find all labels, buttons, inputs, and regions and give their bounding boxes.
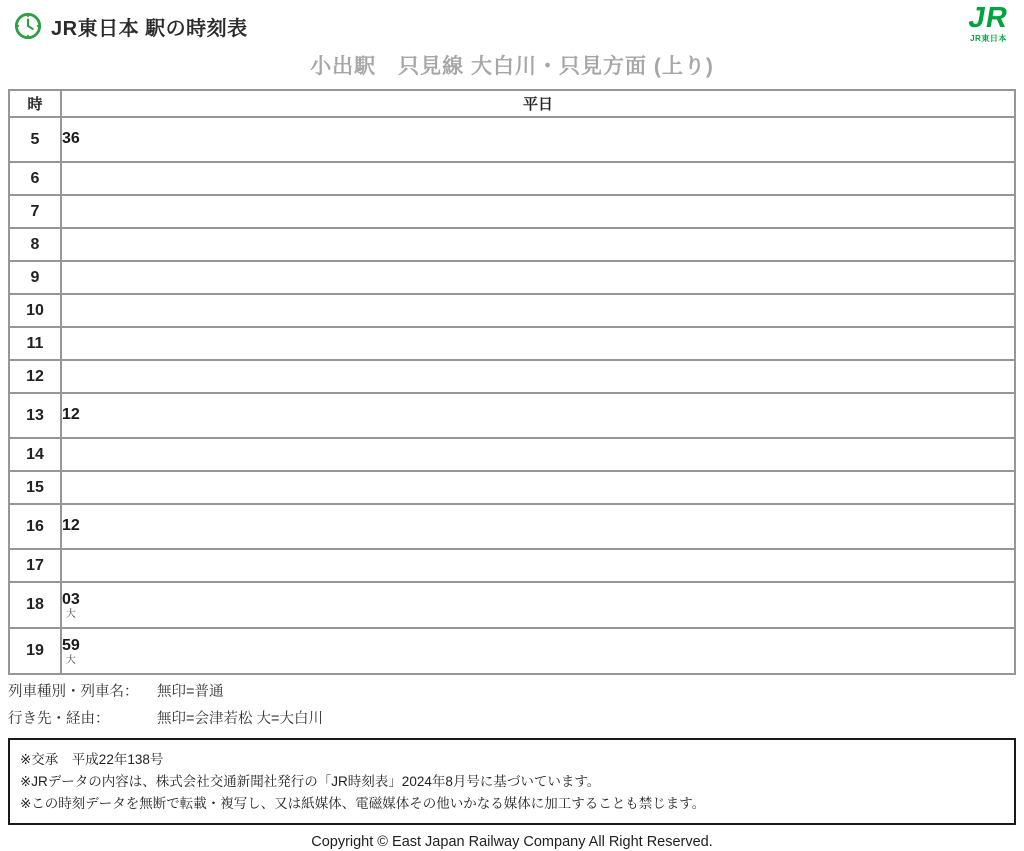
minute-value: 12 xyxy=(62,406,80,424)
timetable-row: 14 xyxy=(9,438,1015,471)
times-cell xyxy=(61,438,1015,471)
times-cell: 12 xyxy=(61,504,1015,549)
hour-cell: 8 xyxy=(9,228,61,261)
time-entry: 36 xyxy=(62,130,80,148)
destination-label: 行き先・経由： xyxy=(8,709,153,729)
minute-value: 36 xyxy=(62,130,80,148)
time-entry: 12 xyxy=(62,406,80,424)
hour-cell: 16 xyxy=(9,504,61,549)
timetable-row: 13 12 xyxy=(9,393,1015,438)
hour-cell: 18 xyxy=(9,582,61,628)
copyright: Copyright © East Japan Railway Company A… xyxy=(0,834,1024,850)
train-type-value: 無印=普通 xyxy=(157,684,223,700)
times-cell: 12 xyxy=(61,393,1015,438)
hour-cell: 13 xyxy=(9,393,61,438)
note-line: ※JRデータの内容は、株式会社交通新聞社発行の「JR時刻表」2024年8月号に基… xyxy=(20,771,1004,793)
destination-mark: 大 xyxy=(62,655,80,666)
hour-cell: 12 xyxy=(9,360,61,393)
hour-cell: 15 xyxy=(9,471,61,504)
app-header: JR東日本 駅の時刻表 JR JR東日本 xyxy=(0,0,1024,48)
destination-mark: 大 xyxy=(62,609,80,620)
times-cell: 59 大 xyxy=(61,628,1015,674)
note-line: ※この時刻データを無断で転載・複写し、又は紙媒体、電磁媒体その他いかなる媒体に加… xyxy=(20,793,1004,815)
times-cell xyxy=(61,228,1015,261)
legend-train-type: 列車種別・列車名： 無印=普通 xyxy=(8,682,1016,702)
time-entry: 12 xyxy=(62,517,80,535)
timetable-header-row: 時 平日 xyxy=(9,90,1015,117)
jr-east-logo: JR JR東日本 xyxy=(969,4,1008,43)
hour-cell: 5 xyxy=(9,117,61,162)
train-type-label: 列車種別・列車名： xyxy=(8,682,153,702)
timetable-row: 7 xyxy=(9,195,1015,228)
jr-logo-mark: JR xyxy=(966,4,1010,33)
times-cell xyxy=(61,195,1015,228)
hour-cell: 9 xyxy=(9,261,61,294)
time-entry: 59 大 xyxy=(62,637,80,666)
jr-logo-subtext: JR東日本 xyxy=(969,35,1008,43)
timetable-row: 17 xyxy=(9,549,1015,582)
timetable-row: 19 59 大 xyxy=(9,628,1015,674)
times-cell: 03 大 xyxy=(61,582,1015,628)
hour-cell: 14 xyxy=(9,438,61,471)
timetable-row: 10 xyxy=(9,294,1015,327)
note-line: ※交承 平成22年138号 xyxy=(20,749,1004,771)
times-cell xyxy=(61,360,1015,393)
hour-column-header: 時 xyxy=(9,90,61,117)
legend-destination: 行き先・経由： 無印=会津若松 大=大白川 xyxy=(8,709,1016,729)
destination-value: 無印=会津若松 大=大白川 xyxy=(157,711,323,727)
minute-value: 03 xyxy=(62,591,80,609)
timetable-row: 15 xyxy=(9,471,1015,504)
timetable-row: 16 12 xyxy=(9,504,1015,549)
times-cell xyxy=(61,471,1015,504)
timetable-row: 18 03 大 xyxy=(9,582,1015,628)
hour-cell: 7 xyxy=(9,195,61,228)
times-cell: 36 xyxy=(61,117,1015,162)
time-entry: 03 大 xyxy=(62,591,80,620)
times-cell xyxy=(61,549,1015,582)
hour-cell: 19 xyxy=(9,628,61,674)
timetable-row: 8 xyxy=(9,228,1015,261)
hour-cell: 10 xyxy=(9,294,61,327)
page-title: 小出駅 只見線 大白川・只見方面 (上り) xyxy=(0,50,1024,80)
clock-icon xyxy=(14,12,42,40)
minute-value: 59 xyxy=(62,637,80,655)
timetable: 時 平日 5 36 6 7 8 9 xyxy=(8,89,1016,675)
hour-cell: 17 xyxy=(9,549,61,582)
times-cell xyxy=(61,327,1015,360)
timetable-row: 6 xyxy=(9,162,1015,195)
timetable-row: 12 xyxy=(9,360,1015,393)
timetable-row: 9 xyxy=(9,261,1015,294)
weekday-column-header: 平日 xyxy=(61,90,1015,117)
app-title: JR東日本 駅の時刻表 xyxy=(51,12,248,41)
hour-cell: 11 xyxy=(9,327,61,360)
notes-box: ※交承 平成22年138号 ※JRデータの内容は、株式会社交通新聞社発行の「JR… xyxy=(8,738,1016,825)
times-cell xyxy=(61,294,1015,327)
timetable-row: 11 xyxy=(9,327,1015,360)
hour-cell: 6 xyxy=(9,162,61,195)
times-cell xyxy=(61,261,1015,294)
times-cell xyxy=(61,162,1015,195)
timetable-row: 5 36 xyxy=(9,117,1015,162)
minute-value: 12 xyxy=(62,517,80,535)
legend: 列車種別・列車名： 無印=普通 行き先・経由： 無印=会津若松 大=大白川 xyxy=(8,682,1016,729)
